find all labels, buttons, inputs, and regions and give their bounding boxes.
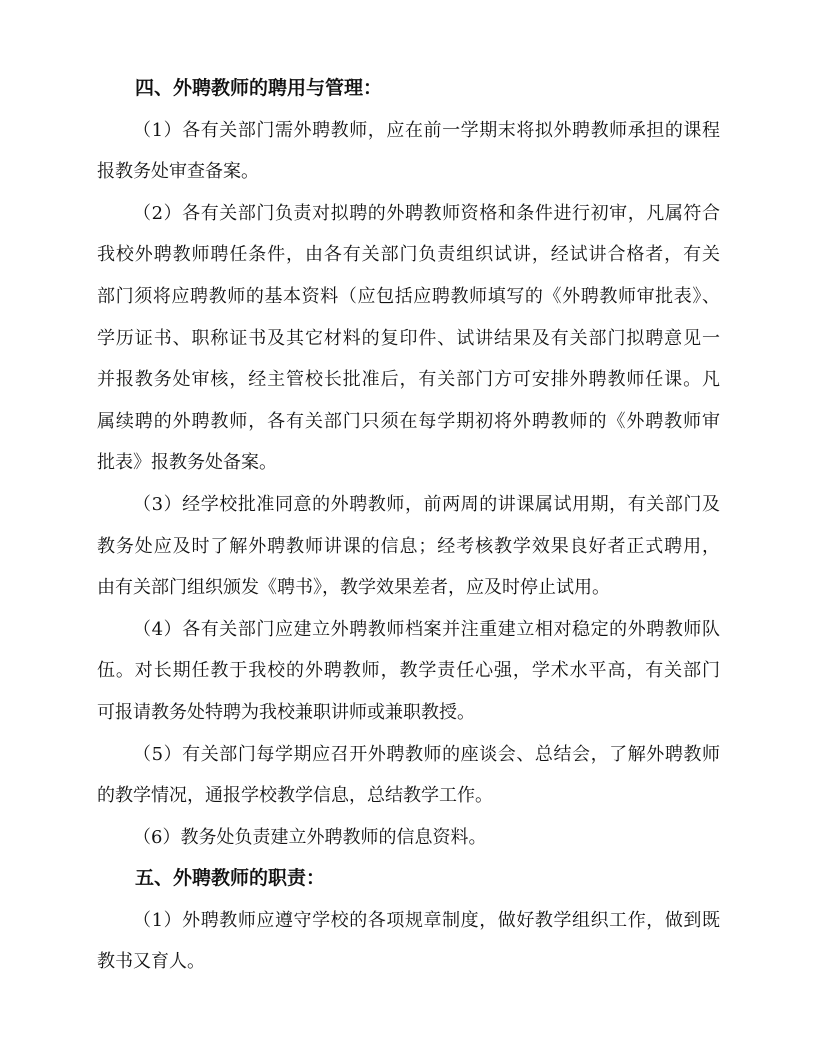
heading-line: 五、外聘教师的职责： — [97, 858, 720, 900]
text-line: 批表》报教务处备案。 — [97, 442, 720, 484]
text-line: （3）经学校批准同意的外聘教师，前两周的讲课属试用期，有关部门及 — [97, 484, 720, 526]
section-heading: 四、外聘教师的聘用与管理： — [97, 68, 720, 110]
text-line: （6）教务处负责建立外聘教师的信息资料。 — [97, 817, 720, 859]
paragraph: （4）各有关部门应建立外聘教师档案并注重建立相对稳定的外聘教师队伍。对长期任教于… — [97, 609, 720, 734]
paragraph: （1）各有关部门需外聘教师，应在前一学期末将拟外聘教师承担的课程报教务处审查备案… — [97, 110, 720, 193]
text-line: （1）外聘教师应遵守学校的各项规章制度，做好教学组织工作，做到既 — [97, 900, 720, 942]
text-line: 部门须将应聘教师的基本资料（应包括应聘教师填写的《外聘教师审批表》、 — [97, 276, 720, 318]
text-line: 属续聘的外聘教师，各有关部门只须在每学期初将外聘教师的《外聘教师审 — [97, 401, 720, 443]
document-body: 四、外聘教师的聘用与管理：（1）各有关部门需外聘教师，应在前一学期末将拟外聘教师… — [97, 68, 720, 983]
text-line: 我校外聘教师聘任条件，由各有关部门负责组织试讲，经试讲合格者，有关 — [97, 234, 720, 276]
paragraph: （2）各有关部门负责对拟聘的外聘教师资格和条件进行初审，凡属符合我校外聘教师聘任… — [97, 193, 720, 484]
text-line: 报教务处审查备案。 — [97, 151, 720, 193]
text-line: 学历证书、职称证书及其它材料的复印件、试讲结果及有关部门拟聘意见一 — [97, 318, 720, 360]
text-line: 可报请教务处特聘为我校兼职讲师或兼职教授。 — [97, 692, 720, 734]
text-line: 教书又育人。 — [97, 941, 720, 983]
section-heading: 五、外聘教师的职责： — [97, 858, 720, 900]
text-line: 的教学情况，通报学校教学信息，总结教学工作。 — [97, 775, 720, 817]
text-line: （2）各有关部门负责对拟聘的外聘教师资格和条件进行初审，凡属符合 — [97, 193, 720, 235]
text-line: 教务处应及时了解外聘教师讲课的信息；经考核教学效果良好者正式聘用， — [97, 526, 720, 568]
text-line: （1）各有关部门需外聘教师，应在前一学期末将拟外聘教师承担的课程 — [97, 110, 720, 152]
text-line: 并报教务处审核，经主管校长批准后，有关部门方可安排外聘教师任课。凡 — [97, 359, 720, 401]
heading-line: 四、外聘教师的聘用与管理： — [97, 68, 720, 110]
text-line: （5）有关部门每学期应召开外聘教师的座谈会、总结会，了解外聘教师 — [97, 734, 720, 776]
paragraph: （6）教务处负责建立外聘教师的信息资料。 — [97, 817, 720, 859]
paragraph: （3）经学校批准同意的外聘教师，前两周的讲课属试用期，有关部门及教务处应及时了解… — [97, 484, 720, 609]
paragraph: （5）有关部门每学期应召开外聘教师的座谈会、总结会，了解外聘教师的教学情况，通报… — [97, 734, 720, 817]
text-line: 伍。对长期任教于我校的外聘教师，教学责任心强，学术水平高，有关部门 — [97, 650, 720, 692]
text-line: （4）各有关部门应建立外聘教师档案并注重建立相对稳定的外聘教师队 — [97, 609, 720, 651]
paragraph: （1）外聘教师应遵守学校的各项规章制度，做好教学组织工作，做到既教书又育人。 — [97, 900, 720, 983]
text-line: 由有关部门组织颁发《聘书》，教学效果差者，应及时停止试用。 — [97, 567, 720, 609]
